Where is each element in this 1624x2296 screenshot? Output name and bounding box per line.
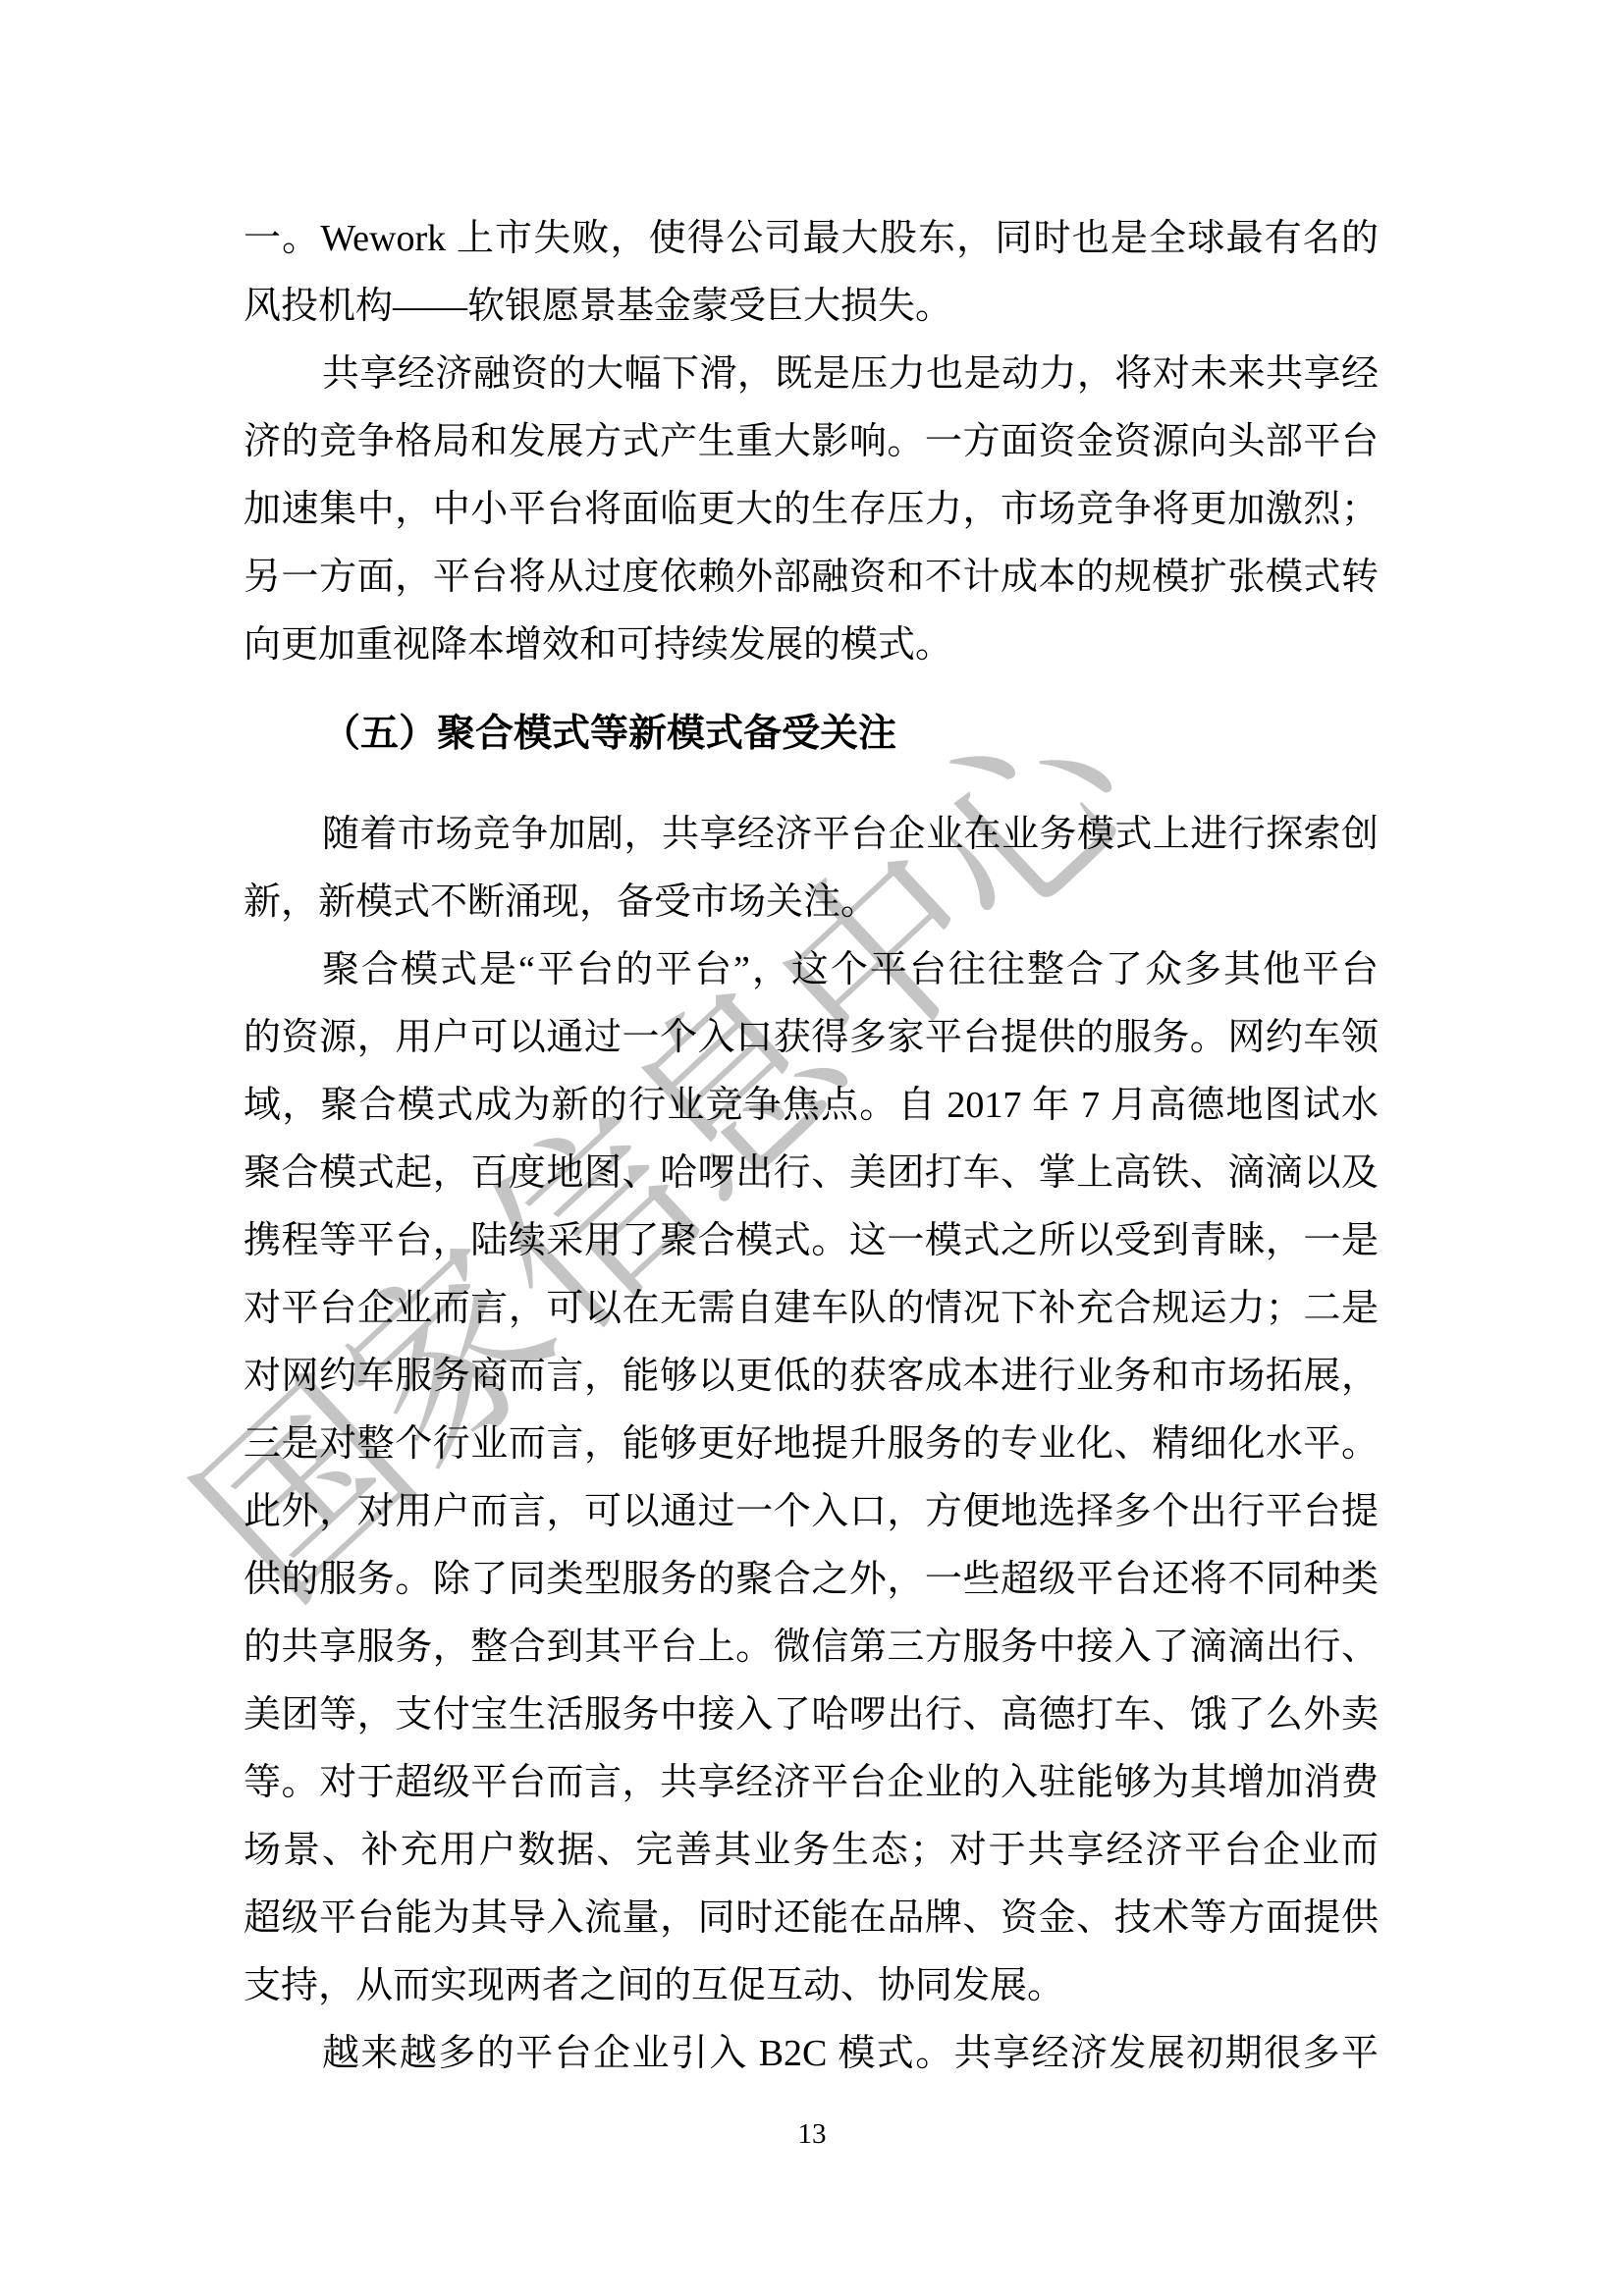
text-line: 的资源，用户可以通过一个入口获得多家平台提供的服务。网约车领 (244, 1004, 1379, 1072)
text-line: 越来越多的平台企业引入 B2C 模式。共享经济发展初期很多平 (244, 2020, 1379, 2088)
text-line: 随着市场竞争加剧，共享经济平台企业在业务模式上进行探索创 (244, 801, 1379, 869)
page-body-text: 一。Wework 上市失败，使得公司最大股东，同时也是全球最有名的风投机构——软… (244, 205, 1379, 2088)
text-line: 超级平台能为其导入流量，同时还能在品牌、资金、技术等方面提供 (244, 1885, 1379, 1952)
text-line: 对平台企业而言，可以在无需自建车队的情况下补充合规运力；二是 (244, 1275, 1379, 1343)
section-heading: （五）聚合模式等新模式备受关注 (244, 700, 1379, 768)
text-line: 场景、补充用户数据、完善其业务生态；对于共享经济平台企业而言， (244, 1817, 1379, 1885)
text-line: 供的服务。除了同类型服务的聚合之外，一些超级平台还将不同种类 (244, 1546, 1379, 1614)
text-line: 加速集中，中小平台将面临更大的生存压力，市场竞争将更加激烈； (244, 476, 1379, 544)
text-line: 美团等，支付宝生活服务中接入了哈啰出行、高德打车、饿了么外卖 (244, 1682, 1379, 1749)
text-line: 另一方面，平台将从过度依赖外部融资和不计成本的规模扩张模式转 (244, 544, 1379, 612)
text-line: 共享经济融资的大幅下滑，既是压力也是动力，将对未来共享经 (244, 341, 1379, 408)
text-line: 支持，从而实现两者之间的互促互动、协同发展。 (244, 1952, 1379, 2020)
document-page: 国家信息中心 一。Wework 上市失败，使得公司最大股东，同时也是全球最有名的… (0, 0, 1624, 2296)
text-line: 向更加重视降本增效和可持续发展的模式。 (244, 612, 1379, 679)
text-line: 新，新模式不断涌现，备受市场关注。 (244, 869, 1379, 936)
text-line: 一。Wework 上市失败，使得公司最大股东，同时也是全球最有名的 (244, 205, 1379, 273)
text-line: 等。对于超级平台而言，共享经济平台企业的入驻能够为其增加消费 (244, 1749, 1379, 1817)
text-line: 聚合模式是“平台的平台”，这个平台往往整合了众多其他平台 (244, 936, 1379, 1004)
text-line: 此外，对用户而言，可以通过一个入口，方便地选择多个出行平台提 (244, 1478, 1379, 1546)
text-line: 域，聚合模式成为新的行业竞争焦点。自 2017 年 7 月高德地图试水 (244, 1072, 1379, 1140)
text-line: 对网约车服务商而言，能够以更低的获客成本进行业务和市场拓展， (244, 1343, 1379, 1411)
text-line: 聚合模式起，百度地图、哈啰出行、美团打车、掌上高铁、滴滴以及 (244, 1140, 1379, 1207)
text-line: 风投机构——软银愿景基金蒙受巨大损失。 (244, 273, 1379, 341)
text-line: 的共享服务，整合到其平台上。微信第三方服务中接入了滴滴出行、 (244, 1614, 1379, 1682)
page-number: 13 (0, 2118, 1624, 2151)
text-line: 济的竞争格局和发展方式产生重大影响。一方面资金资源向头部平台 (244, 408, 1379, 476)
text-line: 三是对整个行业而言，能够更好地提升服务的专业化、精细化水平。 (244, 1411, 1379, 1478)
text-line: 携程等平台，陆续采用了聚合模式。这一模式之所以受到青睐，一是 (244, 1207, 1379, 1275)
